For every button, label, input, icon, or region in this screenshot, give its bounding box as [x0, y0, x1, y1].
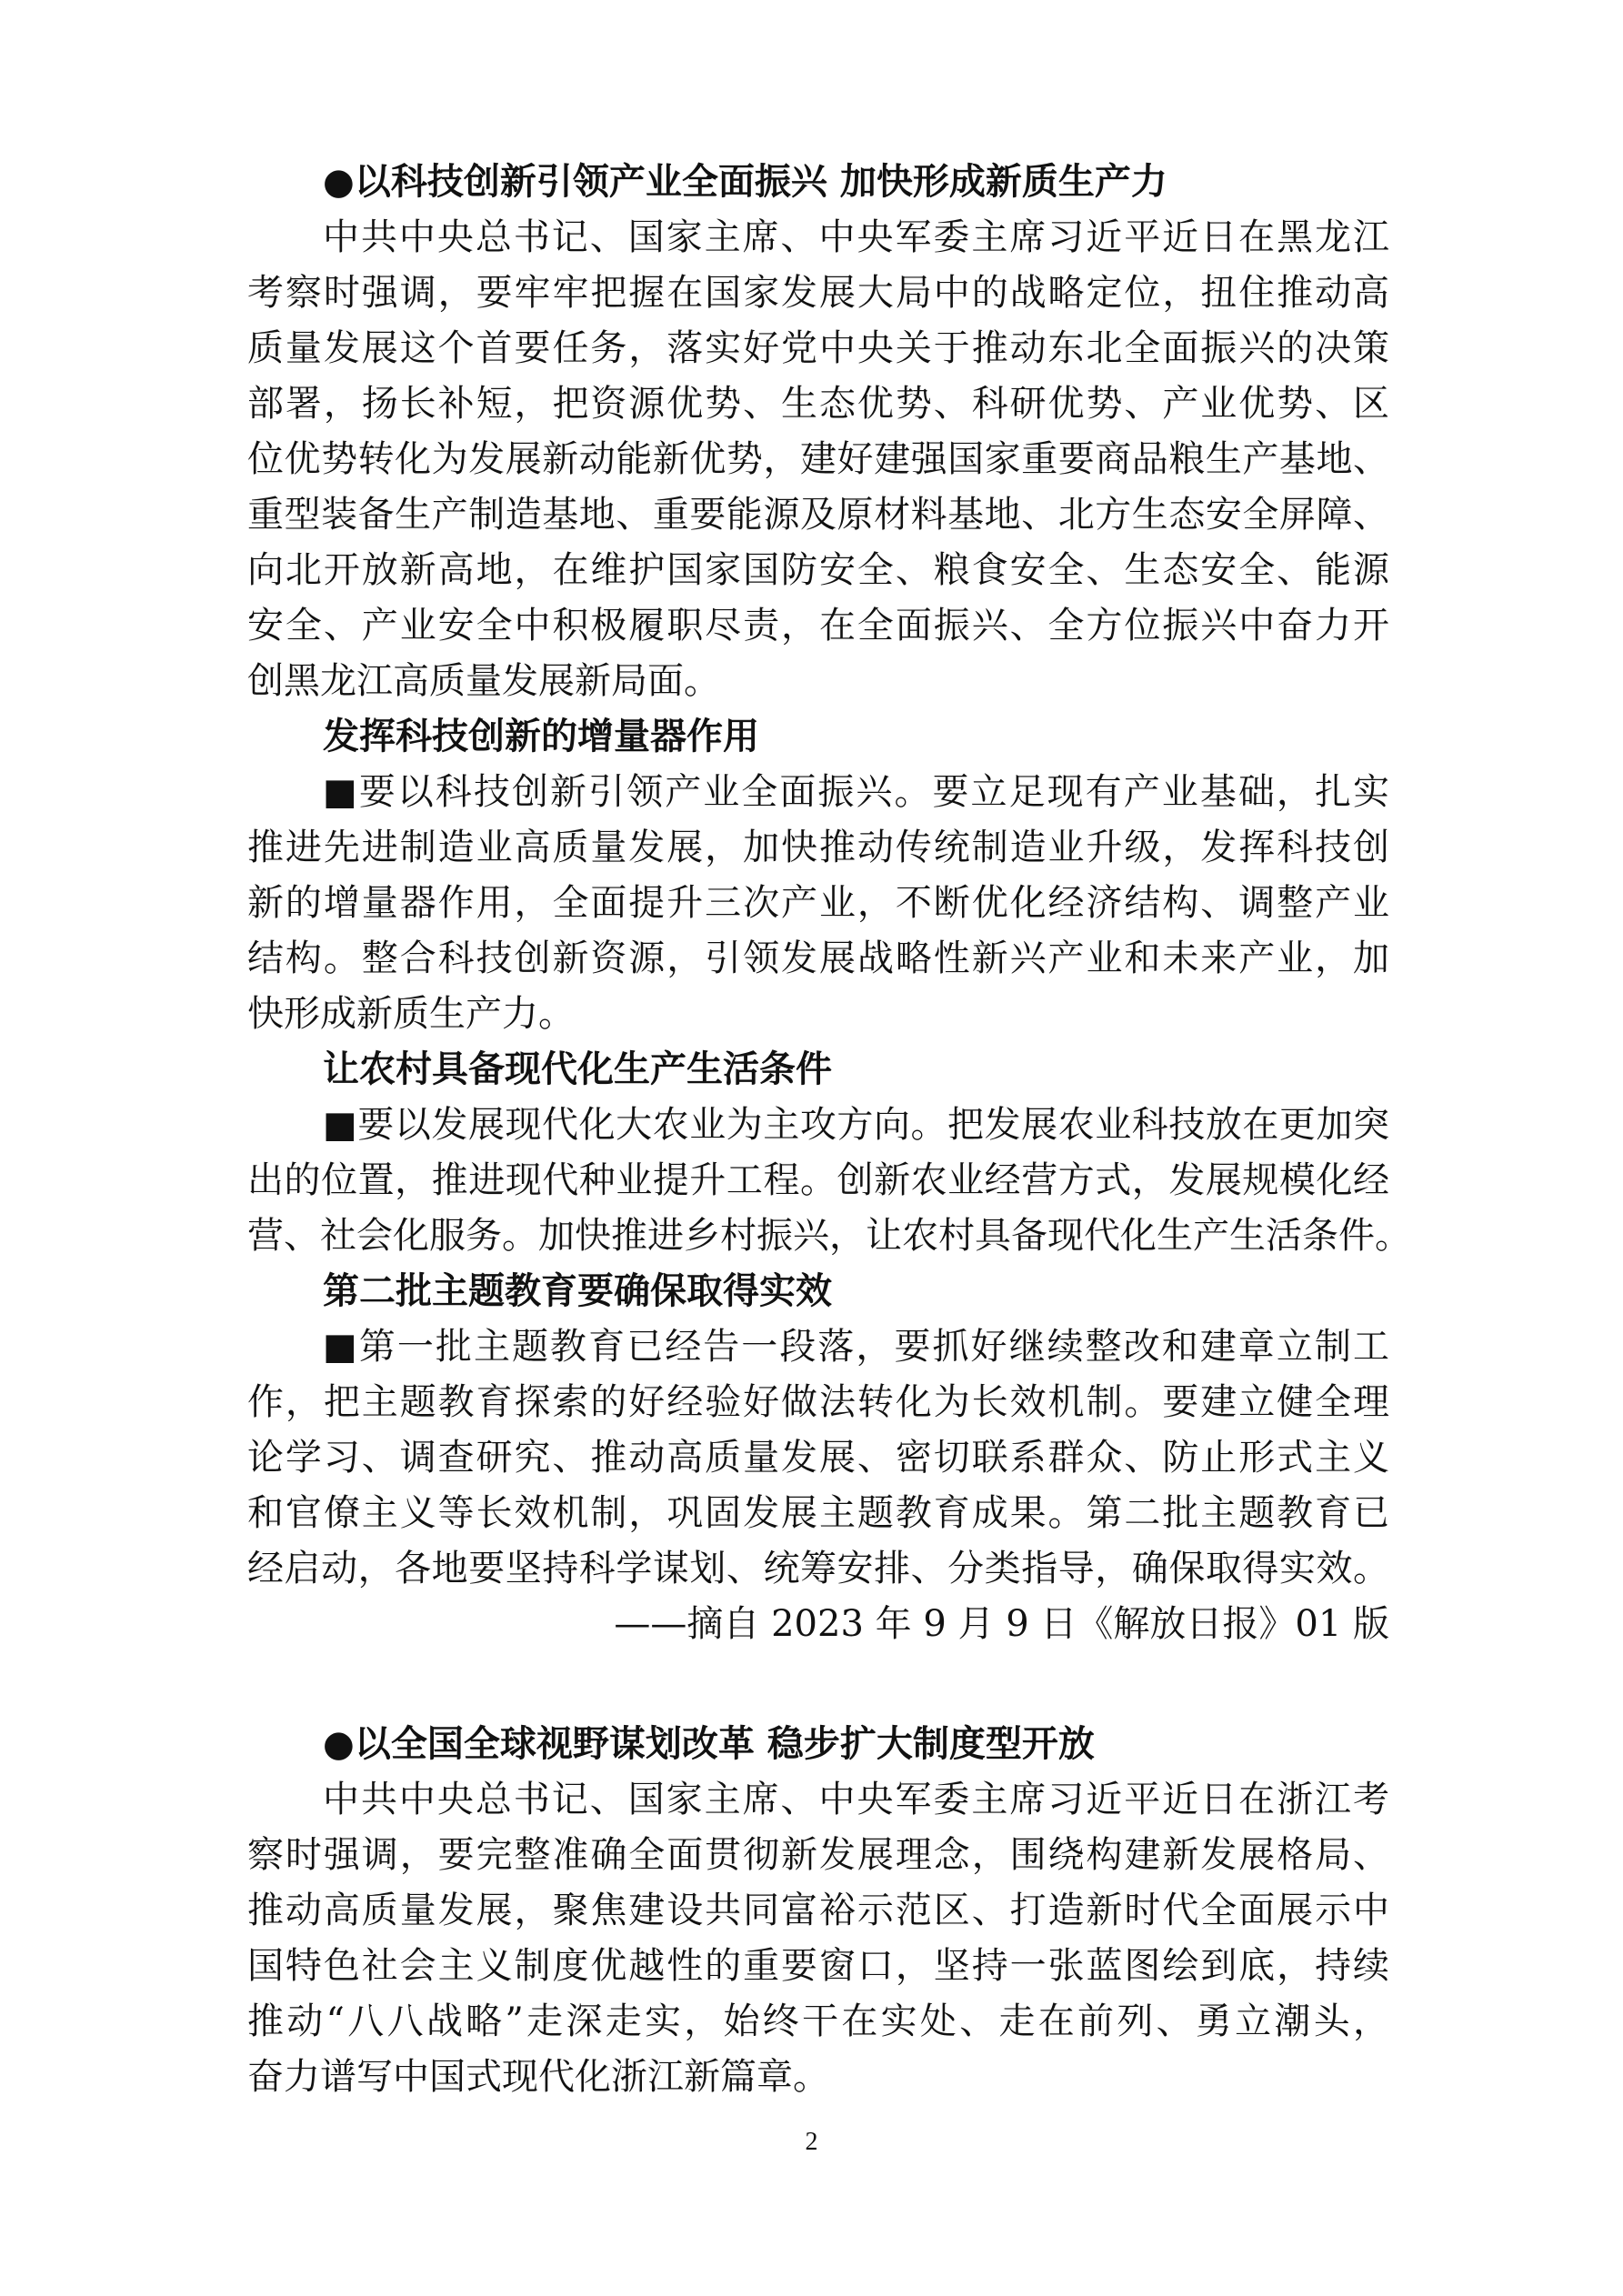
- paragraph-line: 推动高质量发展，聚焦建设共同富裕示范区、打造新时代全面展示中: [247, 1883, 1389, 1939]
- paragraph-line: 推动“八八战略”走深走实，始终干在实处、走在前列、勇立潮头，: [247, 1994, 1389, 2050]
- source-citation: ——摘自 2023 年 9 月 9 日《解放日报》01 版: [247, 1597, 1389, 1652]
- paragraph-line: 论学习、调查研究、推动高质量发展、密切联系群众、防止形式主义: [247, 1430, 1389, 1486]
- document-page: ●以科技创新引领产业全面振兴 加快形成新质生产力 中共中央总书记、国家主席、中央…: [0, 0, 1623, 2296]
- paragraph-line: 奋力谱写中国式现代化浙江新篇章。: [247, 2050, 1389, 2105]
- paragraph-line: ■第一批主题教育已经告一段落，要抓好继续整改和建章立制工: [323, 1319, 1389, 1375]
- paragraph-line: 结构。整合科技创新资源，引领发展战略性新兴产业和未来产业，加: [247, 931, 1389, 987]
- paragraph-line: 察时强调，要完整准确全面贯彻新发展理念，围绕构建新发展格局、: [247, 1828, 1389, 1883]
- paragraph-line: 重型装备生产制造基地、重要能源及原材料基地、北方生态安全屏障、: [247, 487, 1389, 543]
- paragraph-line: 中共中央总书记、国家主席、中央军委主席习近平近日在黑龙江: [323, 210, 1389, 266]
- section-title: ●以全国全球视野谋划改革 稳步扩大制度型开放: [323, 1717, 1389, 1772]
- paragraph-line: 安全、产业安全中积极履职尽责，在全面振兴、全方位振兴中奋力开: [247, 598, 1389, 654]
- paragraph-line: 经启动，各地要坚持科学谋划、统筹安排、分类指导，确保取得实效。: [247, 1541, 1389, 1597]
- paragraph-line: 质量发展这个首要任务，落实好党中央关于推动东北全面振兴的决策: [247, 321, 1389, 376]
- paragraph-line: 出的位置，推进现代种业提升工程。创新农业经营方式，发展规模化经: [247, 1153, 1389, 1208]
- subsection-heading: 让农村具备现代化生产生活条件: [323, 1042, 1389, 1098]
- paragraph-line: 考察时强调，要牢牢把握在国家发展大局中的战略定位，扭住推动高: [247, 266, 1389, 321]
- paragraph-line: 新的增量器作用，全面提升三次产业，不断优化经济结构、调整产业: [247, 876, 1389, 931]
- paragraph-line: ■要以科技创新引领产业全面振兴。要立足现有产业基础，扎实: [323, 765, 1389, 820]
- paragraph-line: 作，把主题教育探索的好经验好做法转化为长效机制。要建立健全理: [247, 1375, 1389, 1430]
- paragraph-line: 部署，扬长补短，把资源优势、生态优势、科研优势、产业优势、区: [247, 376, 1389, 432]
- paragraph-line: 创黑龙江高质量发展新局面。: [247, 654, 1389, 709]
- section-title: ●以科技创新引领产业全面振兴 加快形成新质生产力: [323, 155, 1389, 210]
- paragraph-line: 营、社会化服务。加快推进乡村振兴，让农村具备现代化生产生活条件。: [247, 1208, 1389, 1264]
- paragraph-line: 位优势转化为发展新动能新优势，建好建强国家重要商品粮生产基地、: [247, 432, 1389, 487]
- paragraph-line: ■要以发展现代化大农业为主攻方向。把发展农业科技放在更加突: [323, 1098, 1389, 1153]
- paragraph-line: 中共中央总书记、国家主席、中央军委主席习近平近日在浙江考: [323, 1772, 1389, 1828]
- subsection-heading: 发挥科技创新的增量器作用: [323, 709, 1389, 765]
- paragraph-line: 推进先进制造业高质量发展，加快推动传统制造业升级，发挥科技创: [247, 820, 1389, 876]
- paragraph-line: 国特色社会主义制度优越性的重要窗口，坚持一张蓝图绘到底，持续: [247, 1939, 1389, 1994]
- paragraph-line: 向北开放新高地，在维护国家国防安全、粮食安全、生态安全、能源: [247, 543, 1389, 598]
- subsection-heading: 第二批主题教育要确保取得实效: [323, 1264, 1389, 1319]
- paragraph-line: 快形成新质生产力。: [247, 987, 1389, 1042]
- paragraph-line: 和官僚主义等长效机制，巩固发展主题教育成果。第二批主题教育已: [247, 1486, 1389, 1541]
- page-number: 2: [0, 2128, 1623, 2157]
